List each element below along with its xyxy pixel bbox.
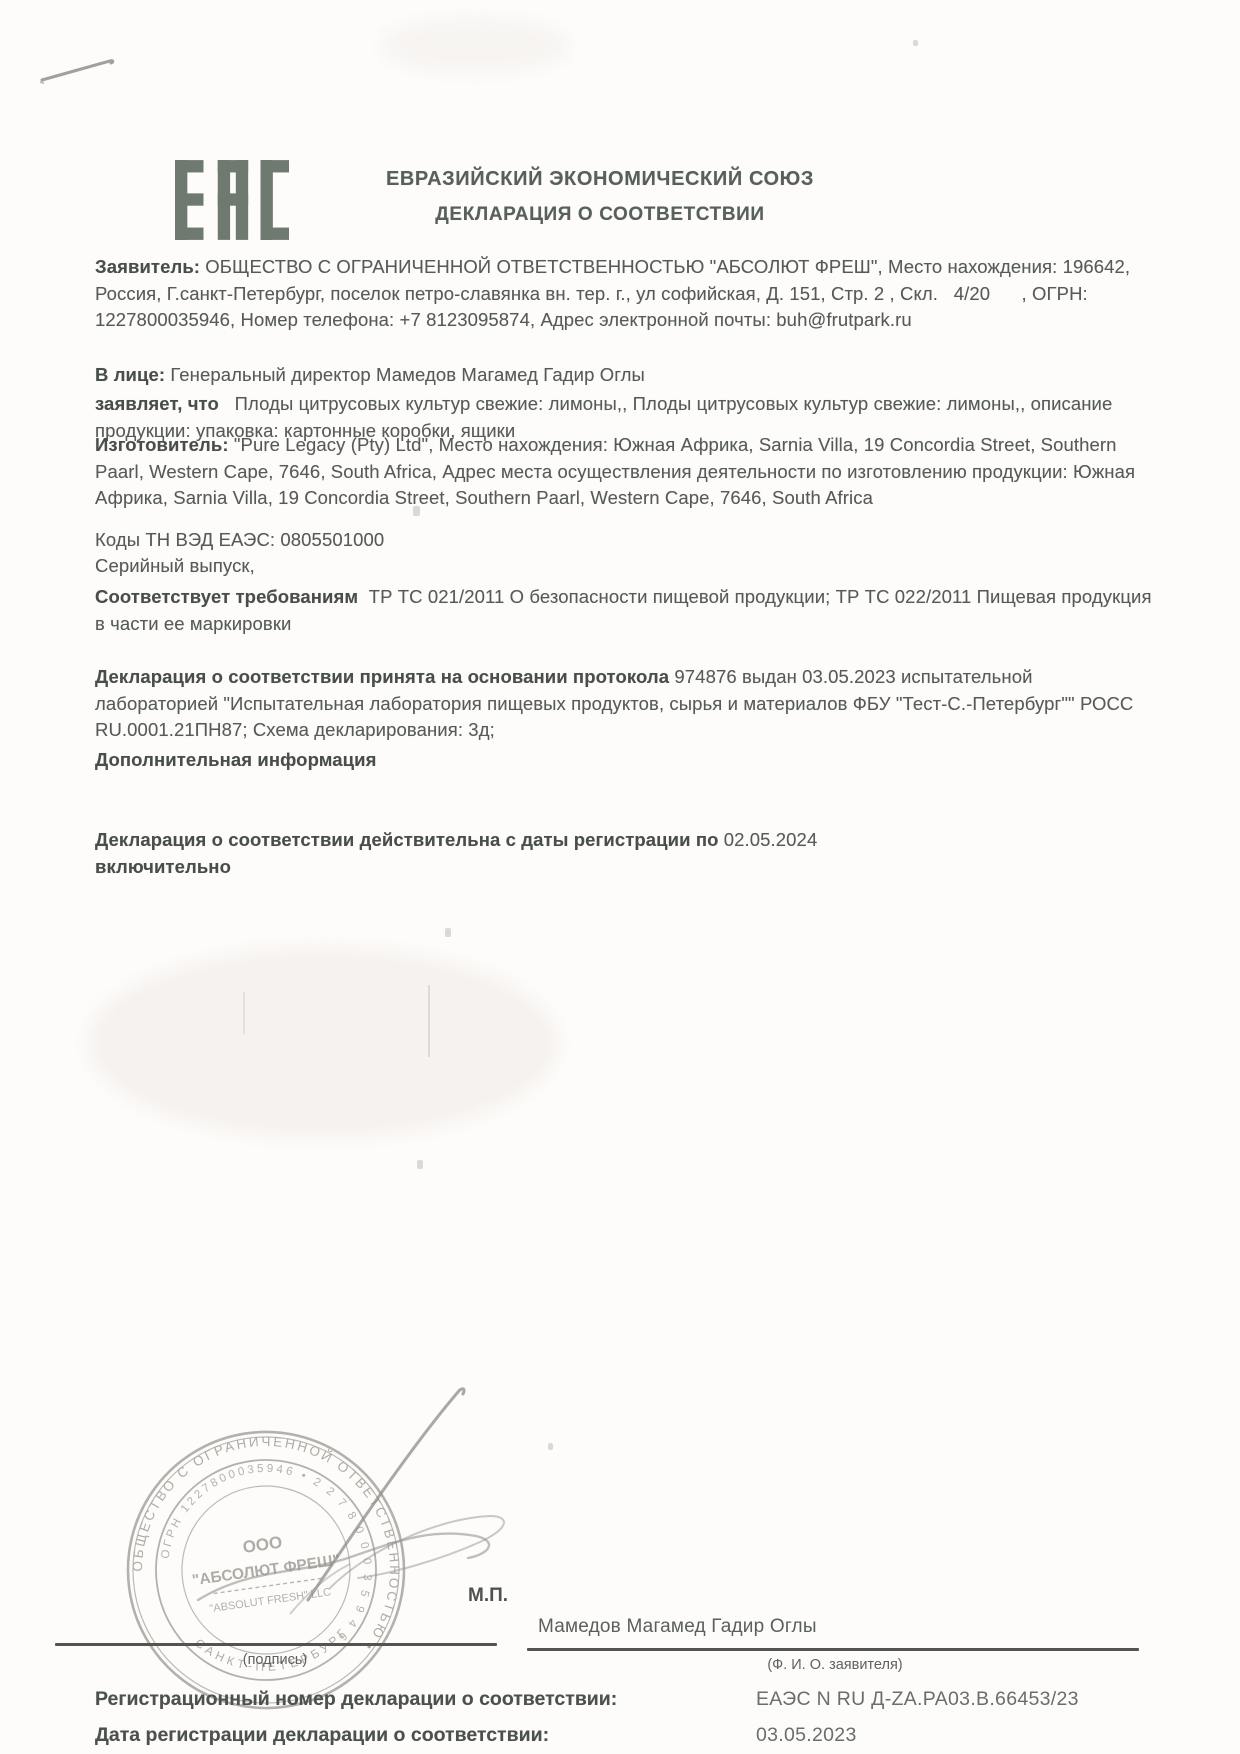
name-caption: (Ф. И. О. заявителя) bbox=[705, 1657, 965, 1673]
registration-date-value: 03.05.2023 bbox=[756, 1724, 857, 1747]
scan-speck bbox=[548, 1443, 553, 1450]
manufacturer-paragraph: Изготовитель: "Pure Legacy (Pty) Ltd", М… bbox=[95, 432, 1157, 512]
additional-info-heading: Дополнительная информация bbox=[95, 747, 1157, 774]
validity-date: 02.05.2024 bbox=[719, 829, 818, 850]
signature-caption: (подпись) bbox=[150, 1652, 400, 1668]
tnved-code-line: Коды ТН ВЭД ЕАЭС: 0805501000 bbox=[95, 527, 1157, 554]
compliance-label: Соответствует требованиям bbox=[95, 586, 358, 607]
scan-speck bbox=[445, 928, 451, 937]
declares-label: заявляет, что bbox=[95, 393, 219, 414]
validity-label: Декларация о соответствии действительна … bbox=[95, 829, 719, 850]
validity-paragraph: Декларация о соответствии действительна … bbox=[95, 827, 1157, 880]
name-line bbox=[527, 1648, 1139, 1651]
basis-label: Декларация о соответствии принята на осн… bbox=[95, 666, 669, 687]
signature-line bbox=[55, 1643, 497, 1646]
mp-stamp-place-label: М.П. bbox=[468, 1585, 508, 1607]
applicant-text: ОБЩЕСТВО С ОГРАНИЧЕННОЙ ОТВЕТСТВЕННОСТЬЮ… bbox=[95, 256, 1135, 330]
manufacturer-text: "Pure Legacy (Pty) Ltd", Место нахождени… bbox=[95, 434, 1140, 508]
scan-streak bbox=[428, 985, 430, 1057]
scan-speck bbox=[417, 1160, 423, 1169]
serial-line: Серийный выпуск, bbox=[95, 553, 1157, 580]
validity-label2: включительно bbox=[95, 856, 231, 877]
scan-speck bbox=[913, 40, 918, 46]
basis-paragraph: Декларация о соответствии принята на осн… bbox=[95, 664, 1157, 744]
applicant-name: Мамедов Магамед Гадир Оглы bbox=[538, 1616, 817, 1638]
compliance-paragraph: Соответствует требованиям ТР ТС 021/2011… bbox=[95, 584, 1157, 637]
scan-smudge bbox=[380, 18, 570, 73]
person-label: В лице: bbox=[95, 364, 165, 385]
scan-smudge bbox=[88, 948, 558, 1138]
applicant-paragraph: Заявитель: ОБЩЕСТВО С ОГРАНИЧЕННОЙ ОТВЕТ… bbox=[95, 254, 1157, 334]
manufacturer-label: Изготовитель: bbox=[95, 434, 229, 455]
signature-stroke bbox=[180, 1378, 540, 1648]
registration-number-label: Регистрационный номер декларации о соотв… bbox=[95, 1688, 617, 1711]
applicant-label: Заявитель: bbox=[95, 256, 200, 277]
scan-streak bbox=[243, 992, 245, 1034]
document-title: ДЕКЛАРАЦИЯ О СООТВЕТСТВИИ bbox=[95, 204, 1105, 226]
registration-number-value: ЕАЭС N RU Д-ZA.РА03.В.66453/23 bbox=[756, 1688, 1079, 1711]
person-paragraph: В лице: Генеральный директор Мамедов Маг… bbox=[95, 362, 1157, 389]
person-text: Генеральный директор Мамедов Магамед Гад… bbox=[165, 364, 645, 385]
pen-mark bbox=[30, 42, 120, 88]
registration-date-label: Дата регистрации декларации о соответств… bbox=[95, 1724, 549, 1747]
union-title: ЕВРАЗИЙСКИЙ ЭКОНОМИЧЕСКИЙ СОЮЗ bbox=[95, 168, 1105, 191]
declaration-document: ЕВРАЗИЙСКИЙ ЭКОНОМИЧЕСКИЙ СОЮЗ ДЕКЛАРАЦИ… bbox=[0, 0, 1240, 1754]
